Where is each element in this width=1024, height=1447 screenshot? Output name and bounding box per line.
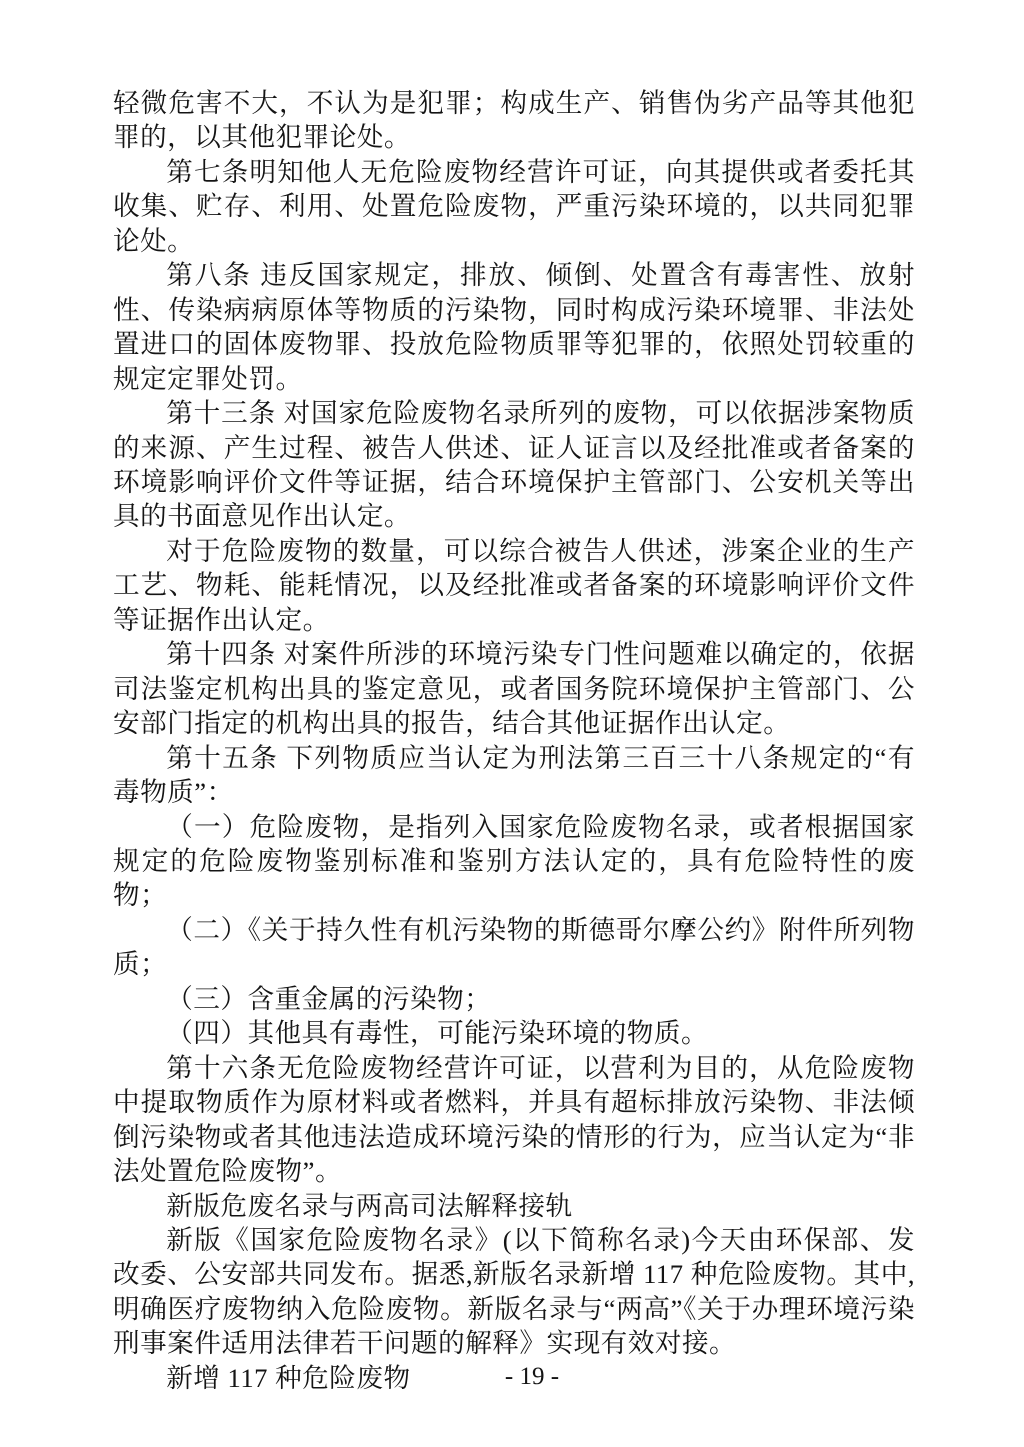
paragraph: 对于危险废物的数量，可以综合被告人供述，涉案企业的生产工艺、物耗、能耗情况，以及… xyxy=(113,534,915,637)
page-footer: - 19 - xyxy=(20,1362,1024,1392)
document-body: 轻微危害不大，不认为是犯罪；构成生产、销售伪劣产品等其他犯罪的，以其他犯罪论处。… xyxy=(113,86,915,1395)
paragraph: 第十四条 对案件所涉的环境污染专门性问题难以确定的，依据司法鉴定机构出具的鉴定意… xyxy=(113,637,915,740)
paragraph: （四）其他具有毒性，可能污染环境的物质。 xyxy=(113,1016,915,1050)
paragraph: 第十三条 对国家危险废物名录所列的废物，可以依据涉案物质的来源、产生过程、被告人… xyxy=(113,396,915,534)
page-number: - 19 - xyxy=(505,1363,559,1390)
paragraph: （一）危险废物，是指列入国家危险废物名录，或者根据国家规定的危险废物鉴别标准和鉴… xyxy=(113,810,915,913)
paragraph: 第十六条无危险废物经营许可证，以营利为目的，从危险废物中提取物质作为原材料或者燃… xyxy=(113,1051,915,1189)
paragraph: 新版危废名录与两高司法解释接轨 xyxy=(113,1189,915,1223)
paragraph: 新版《国家危险废物名录》(以下简称名录)今天由环保部、发改委、公安部共同发布。据… xyxy=(113,1223,915,1361)
paragraph: （二）《关于持久性有机污染物的斯德哥尔摩公约》附件所列物质； xyxy=(113,913,915,982)
document-page: 轻微危害不大，不认为是犯罪；构成生产、销售伪劣产品等其他犯罪的，以其他犯罪论处。… xyxy=(0,0,1024,1447)
paragraph: 轻微危害不大，不认为是犯罪；构成生产、销售伪劣产品等其他犯罪的，以其他犯罪论处。 xyxy=(113,86,915,155)
paragraph: 第七条明知他人无危险废物经营许可证，向其提供或者委托其收集、贮存、利用、处置危险… xyxy=(113,155,915,258)
paragraph: （三）含重金属的污染物； xyxy=(113,982,915,1016)
paragraph: 第十五条 下列物质应当认定为刑法第三百三十八条规定的“有毒物质”： xyxy=(113,741,915,810)
paragraph: 第八条 违反国家规定，排放、倾倒、处置含有毒害性、放射性、传染病病原体等物质的污… xyxy=(113,258,915,396)
